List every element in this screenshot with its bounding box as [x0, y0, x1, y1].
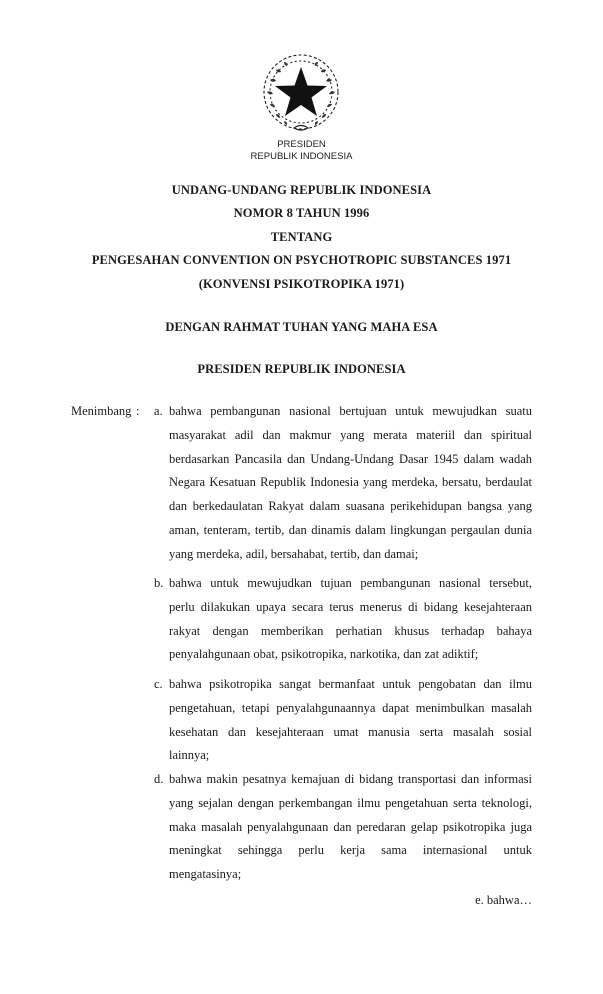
text-line: lainnya;	[169, 744, 532, 768]
text-line: penyalahgunaan obat, psikotropika, narko…	[169, 643, 532, 667]
item-marker-a: a.	[154, 404, 163, 419]
title-number: NOMOR 8 TAHUN 1996	[0, 206, 603, 221]
institution-line-1: PRESIDEN	[0, 139, 603, 150]
institution-line-2: REPUBLIK INDONESIA	[0, 151, 603, 162]
text-line: dan berkedaulatan Rakyat dalam suasana p…	[169, 495, 532, 519]
considering-colon: :	[136, 404, 139, 419]
text-line: aman, tenteram, tertib, dan dinamis dala…	[169, 519, 532, 543]
text-line: masyarakat adil dan makmur yang merata m…	[169, 424, 532, 448]
text-line: meningkat sehingga perlu kerja sama inte…	[169, 839, 532, 863]
text-line: bahwa psikotropika sangat bermanfaat unt…	[169, 673, 532, 697]
text-line: rakyat dengan memberikan perhatian khusu…	[169, 620, 532, 644]
preamble-blessing: DENGAN RAHMAT TUHAN YANG MAHA ESA	[0, 320, 603, 335]
text-line: yang sejalan dengan perkembangan ilmu pe…	[169, 792, 532, 816]
item-marker-b: b.	[154, 576, 163, 591]
item-marker-c: c.	[154, 677, 163, 692]
text-line: bahwa pembangunan nasional bertujuan unt…	[169, 400, 532, 424]
considering-label: Menimbang	[71, 404, 131, 419]
preamble-authority: PRESIDEN REPUBLIK INDONESIA	[0, 362, 603, 377]
considering-item-c: bahwa psikotropika sangat bermanfaat unt…	[169, 673, 532, 768]
title-about: TENTANG	[0, 230, 603, 245]
text-line: yang merdeka, adil, bersahabat, tertib, …	[169, 543, 532, 567]
page-continuation: e. bahwa…	[475, 893, 532, 908]
considering-item-b: bahwa untuk mewujudkan tujuan pembanguna…	[169, 572, 532, 667]
item-marker-d: d.	[154, 772, 163, 787]
text-line: pengetahuan, tetapi penyalahgunaannya da…	[169, 697, 532, 721]
considering-item-d: bahwa makin pesatnya kemajuan di bidang …	[169, 768, 532, 887]
title-law: UNDANG-UNDANG REPUBLIK INDONESIA	[0, 183, 603, 198]
text-line: maka masalah penyalahgunaan dan peredara…	[169, 816, 532, 840]
considering-item-a: bahwa pembangunan nasional bertujuan unt…	[169, 400, 532, 567]
text-line: Negara Kesatuan Republik Indonesia yang …	[169, 471, 532, 495]
text-line: bahwa untuk mewujudkan tujuan pembanguna…	[169, 572, 532, 596]
garuda-star-wreath-emblem-icon	[258, 50, 344, 138]
title-subject: PENGESAHAN CONVENTION ON PSYCHOTROPIC SU…	[0, 253, 603, 268]
text-line: mengatasinya;	[169, 863, 532, 887]
text-line: bahwa makin pesatnya kemajuan di bidang …	[169, 768, 532, 792]
text-line: kesehatan dan kesejahteraan umat manusia…	[169, 721, 532, 745]
text-line: perlu dilakukan upaya secara terus mener…	[169, 596, 532, 620]
title-subject-translation: (KONVENSI PSIKOTROPIKA 1971)	[0, 277, 603, 292]
text-line: berdasarkan Pancasila dan Undang-Undang …	[169, 448, 532, 472]
